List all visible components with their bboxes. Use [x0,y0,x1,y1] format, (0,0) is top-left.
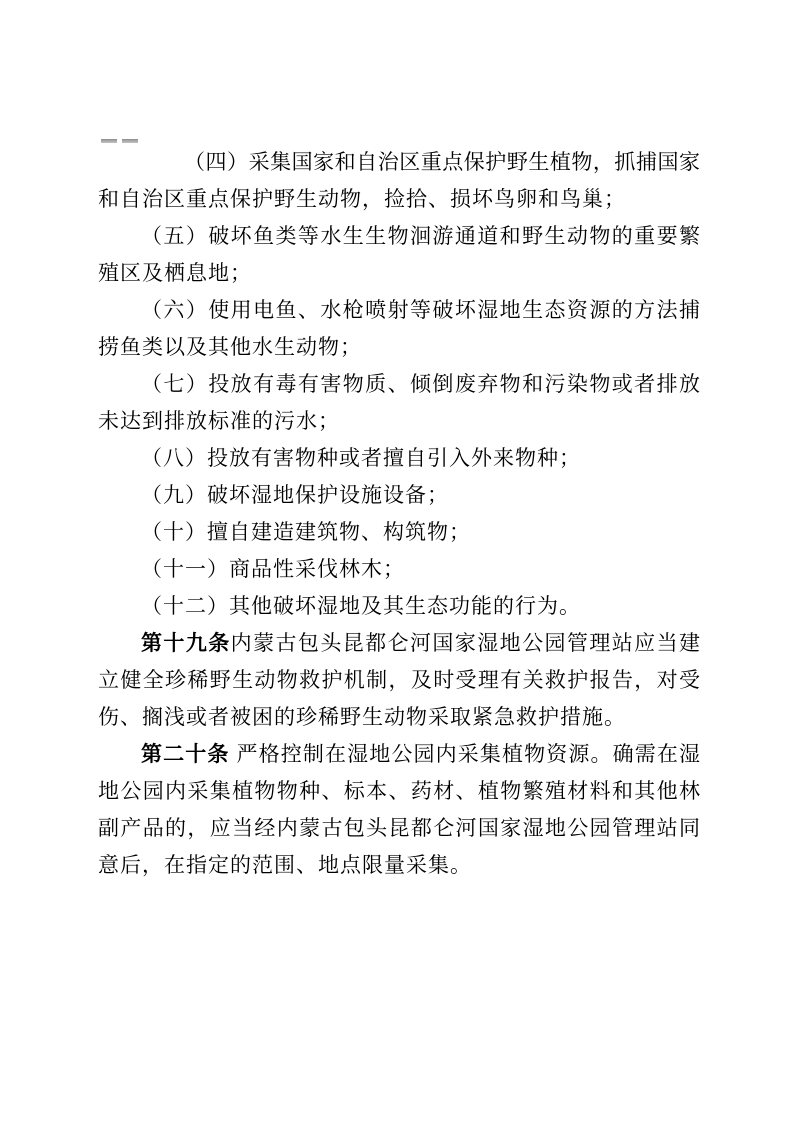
text-line: 第十九条内蒙古包头昆都仑河国家湿地公园管理站应当建 [98,625,700,662]
article-number: 第二十条 [141,743,230,766]
text-run: （十一）商品性采伐林木； [141,558,405,581]
text-run: （八）投放有害物种或者擅自引入外来物种； [141,447,581,470]
text-line: （七）投放有毒有害物质、倾倒废弃物和污染物或者排放 [98,366,700,403]
text-run: （五）破坏鱼类等水生生物洄游通道和野生动物的重要繁 [141,225,700,248]
text-line: 未达到排放标准的污水； [98,403,700,440]
text-line: 副产品的，应当经内蒙古包头昆都仑河国家湿地公园管理站同 [98,810,700,847]
text-run: 地公园内采集植物物种、标本、药材、植物繁殖材料和其他林 [98,780,700,803]
text-run: 殖区及栖息地； [98,262,252,285]
text-line: （四）采集国家和自治区重点保护野生植物，抓捕国家 [98,144,700,181]
text-run: （十二）其他破坏湿地及其生态功能的行为。 [141,595,581,618]
article-number: 第十九条 [141,632,231,655]
text-run: （六）使用电鱼、水枪喷射等破坏湿地生态资源的方法捕 [141,299,700,322]
artifact-dash [101,139,117,143]
text-line: 第二十条 严格控制在湿地公园内采集植物资源。确需在湿 [98,736,700,773]
text-line: （八）投放有害物种或者擅自引入外来物种； [98,440,700,477]
text-line: 立健全珍稀野生动物救护机制，及时受理有关救护报告，对受 [98,662,700,699]
text-run: （四）采集国家和自治区重点保护野生植物，抓捕国家 [184,151,700,174]
text-line: （十）擅自建造建筑物、构筑物； [98,514,700,551]
text-line: 殖区及栖息地； [98,255,700,292]
text-run: 立健全珍稀野生动物救护机制，及时受理有关救护报告，对受 [98,669,700,692]
text-line: （十二）其他破坏湿地及其生态功能的行为。 [98,588,700,625]
text-block: （四）采集国家和自治区重点保护野生植物，抓捕国家和自治区重点保护野生动物，捡拾、… [98,144,700,884]
artifact-dash [122,139,138,143]
text-line: （九）破坏湿地保护设施设备； [98,477,700,514]
text-run: （九）破坏湿地保护设施设备； [141,484,449,507]
text-line: 意后，在指定的范围、地点限量采集。 [98,847,700,884]
text-line: 捞鱼类以及其他水生动物； [98,329,700,366]
text-run: 副产品的，应当经内蒙古包头昆都仑河国家湿地公园管理站同 [98,817,700,840]
text-line: （六）使用电鱼、水枪喷射等破坏湿地生态资源的方法捕 [98,292,700,329]
text-run: 内蒙古包头昆都仑河国家湿地公园管理站应当建 [231,632,700,655]
text-line: 地公园内采集植物物种、标本、药材、植物繁殖材料和其他林 [98,773,700,810]
text-run: 严格控制在湿地公园内采集植物资源。确需在湿 [230,743,700,766]
text-run: （十）擅自建造建筑物、构筑物； [141,521,471,544]
text-run: 伤、搁浅或者被困的珍稀野生动物采取紧急救护措施。 [98,706,626,729]
text-run: 和自治区重点保护野生动物，捡拾、损坏鸟卵和鸟巢； [98,188,626,211]
text-line: （五）破坏鱼类等水生生物洄游通道和野生动物的重要繁 [98,218,700,255]
text-run: 捞鱼类以及其他水生动物； [98,336,362,359]
header-artifact-marks [101,139,138,143]
text-line: 伤、搁浅或者被困的珍稀野生动物采取紧急救护措施。 [98,699,700,736]
document-page: （四）采集国家和自治区重点保护野生植物，抓捕国家和自治区重点保护野生动物，捡拾、… [0,0,793,1122]
text-run: 意后，在指定的范围、地点限量采集。 [98,854,472,877]
text-line: （十一）商品性采伐林木； [98,551,700,588]
text-run: 未达到排放标准的污水； [98,410,340,433]
text-line: 和自治区重点保护野生动物，捡拾、损坏鸟卵和鸟巢； [98,181,700,218]
text-run: （七）投放有毒有害物质、倾倒废弃物和污染物或者排放 [141,373,700,396]
